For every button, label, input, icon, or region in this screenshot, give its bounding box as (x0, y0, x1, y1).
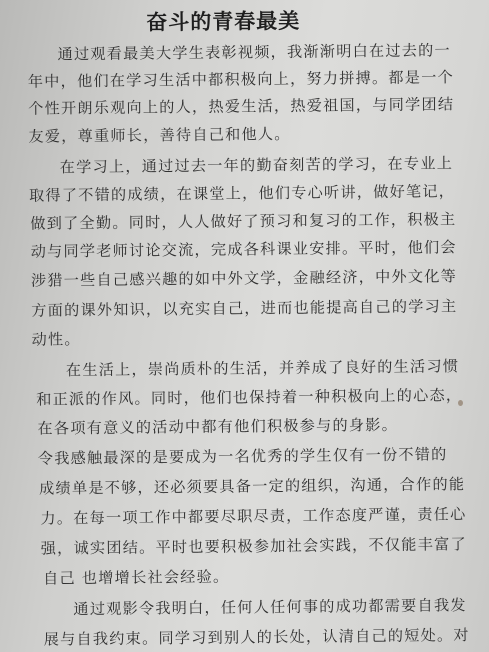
text-line: 动与同学老师讨论交流，完成各科课业安排。平时，他们会 (31, 236, 457, 261)
text-line: 令我感触最深的是要成为一名优秀的学生仅有一份不错的 (38, 443, 448, 468)
paper-stain (458, 400, 463, 406)
text-line: 和正派的作风。同时，他们也保持着一种积极向上的心态， (36, 384, 462, 409)
text-line: 涉猎一些自己感兴趣的如中外文学，金融经济，中外文化等 (31, 265, 457, 290)
text-line: 在各项有意义的活动中都有他们积极参与的身影。 (37, 414, 398, 439)
text-line: 在学习上，通过过去一年的勤奋刻苦的学习，在专业上 (60, 152, 454, 177)
text-line: 展与自我约束。同学习到别人的长处，认清自己的短处。对 (44, 624, 470, 649)
text-line: 强，诚实团结。平时也要积极参加社会实践，不仅能丰富了 (41, 533, 467, 558)
text-line: 年中，他们在学习生活中都积极向上，努力拼搏。都是一个 (28, 66, 454, 91)
text-line: 做到了全勤。同时，人人做好了预习和复习的工作，积极主 (30, 208, 456, 233)
text-line: 成绩单是不够，还必须要具备一定的组织，沟通，合作的能 (39, 473, 465, 498)
document-page: 奋斗的青春最美 通过观看最美大学生表彰视频，我渐渐明白在过去的一 年中，他们在学… (0, 0, 489, 652)
text-line: 通过观看最美大学生表彰视频，我渐渐明白在过去的一 (57, 39, 451, 64)
text-line: 自己 也增增长社会经验。 (43, 566, 230, 589)
text-line: 取得了不错的成绩，在课堂上，他们专心听讲，做好笔记， (29, 180, 455, 205)
text-line: 个性开朗乐观向上的人，热爱生活，热爱祖国，与同学团结 (28, 93, 454, 118)
document-title: 奋斗的青春最美 (146, 5, 300, 37)
text-line: 方面的课外知识，以充实自己，进而也能提高自己的学习主 (31, 295, 457, 320)
text-line: 在生活上，崇尚质朴的生活，并养成了良好的生活习惯 (66, 355, 460, 380)
text-line: 通过观影令我明白，任何人任何事的成功都需要自我发 (73, 594, 467, 619)
text-line: 力。在每一项工作中都要尽职尽责，工作态度严谨，责任心 (40, 503, 466, 528)
text-line: 友爱，尊重师长，善待自己和他人。 (28, 123, 290, 147)
text-line: 动性。 (31, 328, 80, 350)
